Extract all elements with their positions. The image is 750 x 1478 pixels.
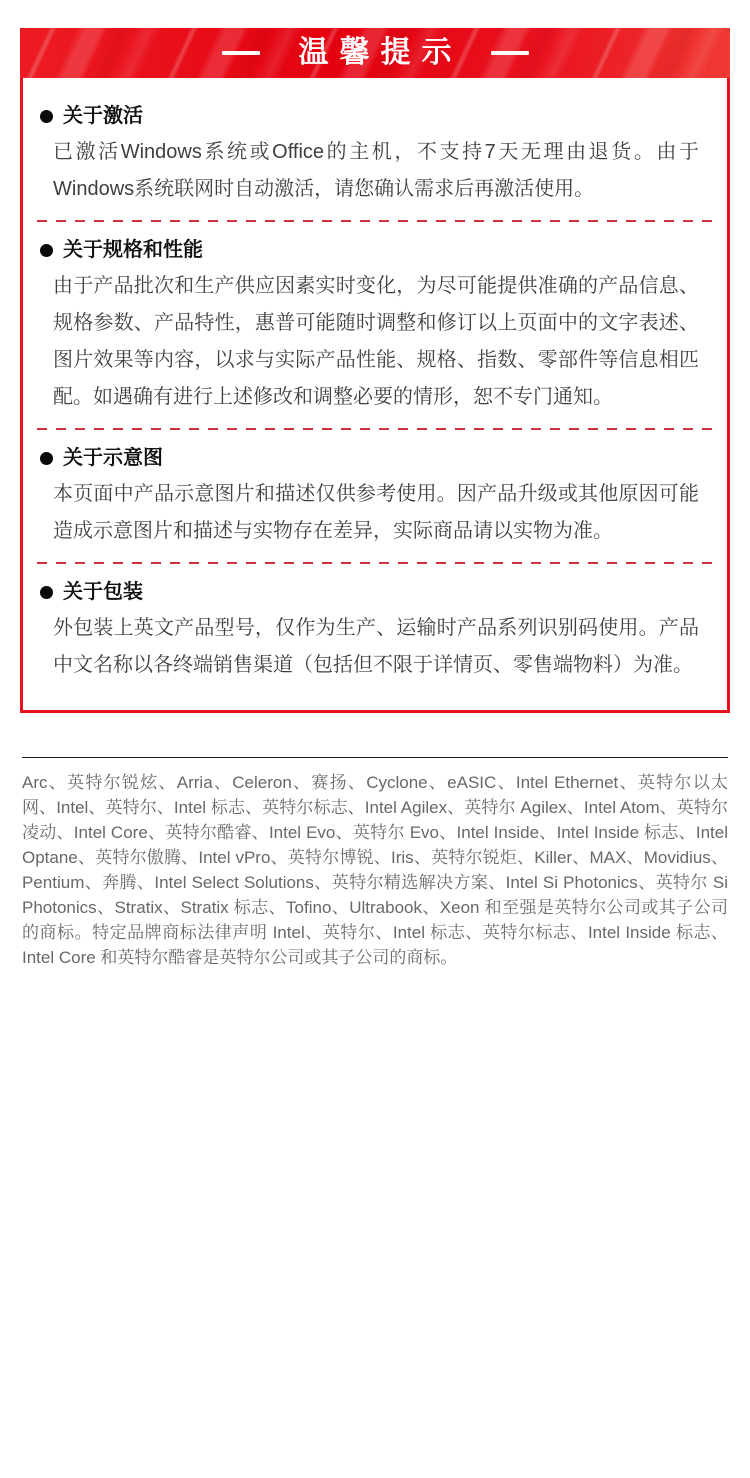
section-heading: 关于示意图 — [40, 446, 699, 470]
dash-line-right-icon — [491, 51, 529, 55]
section-title: 关于激活 — [63, 104, 143, 128]
section-heading: 关于激活 — [40, 104, 699, 128]
section-body: 外包装上英文产品型号，仅作为生产、运输时产品系列识别码使用。产品中文名称以各终端… — [53, 610, 699, 684]
section-heading: 关于包装 — [40, 580, 699, 604]
section-body: 已激活Windows系统或Office的主机，不支持7天无理由退货。由于Wind… — [53, 134, 699, 208]
notice-section-specs: 关于规格和性能 由于产品批次和生产供应因素实时变化，为尽可能提供准确的产品信息、… — [23, 222, 727, 428]
notice-section-activation: 关于激活 已激活Windows系统或Office的主机，不支持7天无理由退货。由… — [23, 88, 727, 220]
notice-banner: 温馨提示 — [20, 28, 730, 78]
section-title: 关于包装 — [63, 580, 143, 604]
banner-title: 温馨提示 — [288, 38, 463, 68]
bullet-icon — [40, 586, 53, 599]
legal-text: Arc、英特尔锐炫、Arria、Celeron、赛扬、Cyclone、eASIC… — [22, 770, 728, 970]
bullet-icon — [40, 452, 53, 465]
bullet-icon — [40, 244, 53, 257]
section-title: 关于规格和性能 — [63, 238, 203, 262]
legal-divider — [22, 757, 728, 758]
notice-section-packaging: 关于包装 外包装上英文产品型号，仅作为生产、运输时产品系列识别码使用。产品中文名… — [23, 564, 727, 696]
section-title: 关于示意图 — [63, 446, 163, 470]
bullet-icon — [40, 110, 53, 123]
notice-box: 关于激活 已激活Windows系统或Office的主机，不支持7天无理由退货。由… — [20, 78, 730, 713]
section-heading: 关于规格和性能 — [40, 238, 699, 262]
notice-section-illustration: 关于示意图 本页面中产品示意图片和描述仅供参考使用。因产品升级或其他原因可能造成… — [23, 430, 727, 562]
dash-line-left-icon — [222, 51, 260, 55]
section-body: 本页面中产品示意图片和描述仅供参考使用。因产品升级或其他原因可能造成示意图片和描… — [53, 476, 699, 550]
section-body: 由于产品批次和生产供应因素实时变化，为尽可能提供准确的产品信息、规格参数、产品特… — [53, 268, 699, 416]
